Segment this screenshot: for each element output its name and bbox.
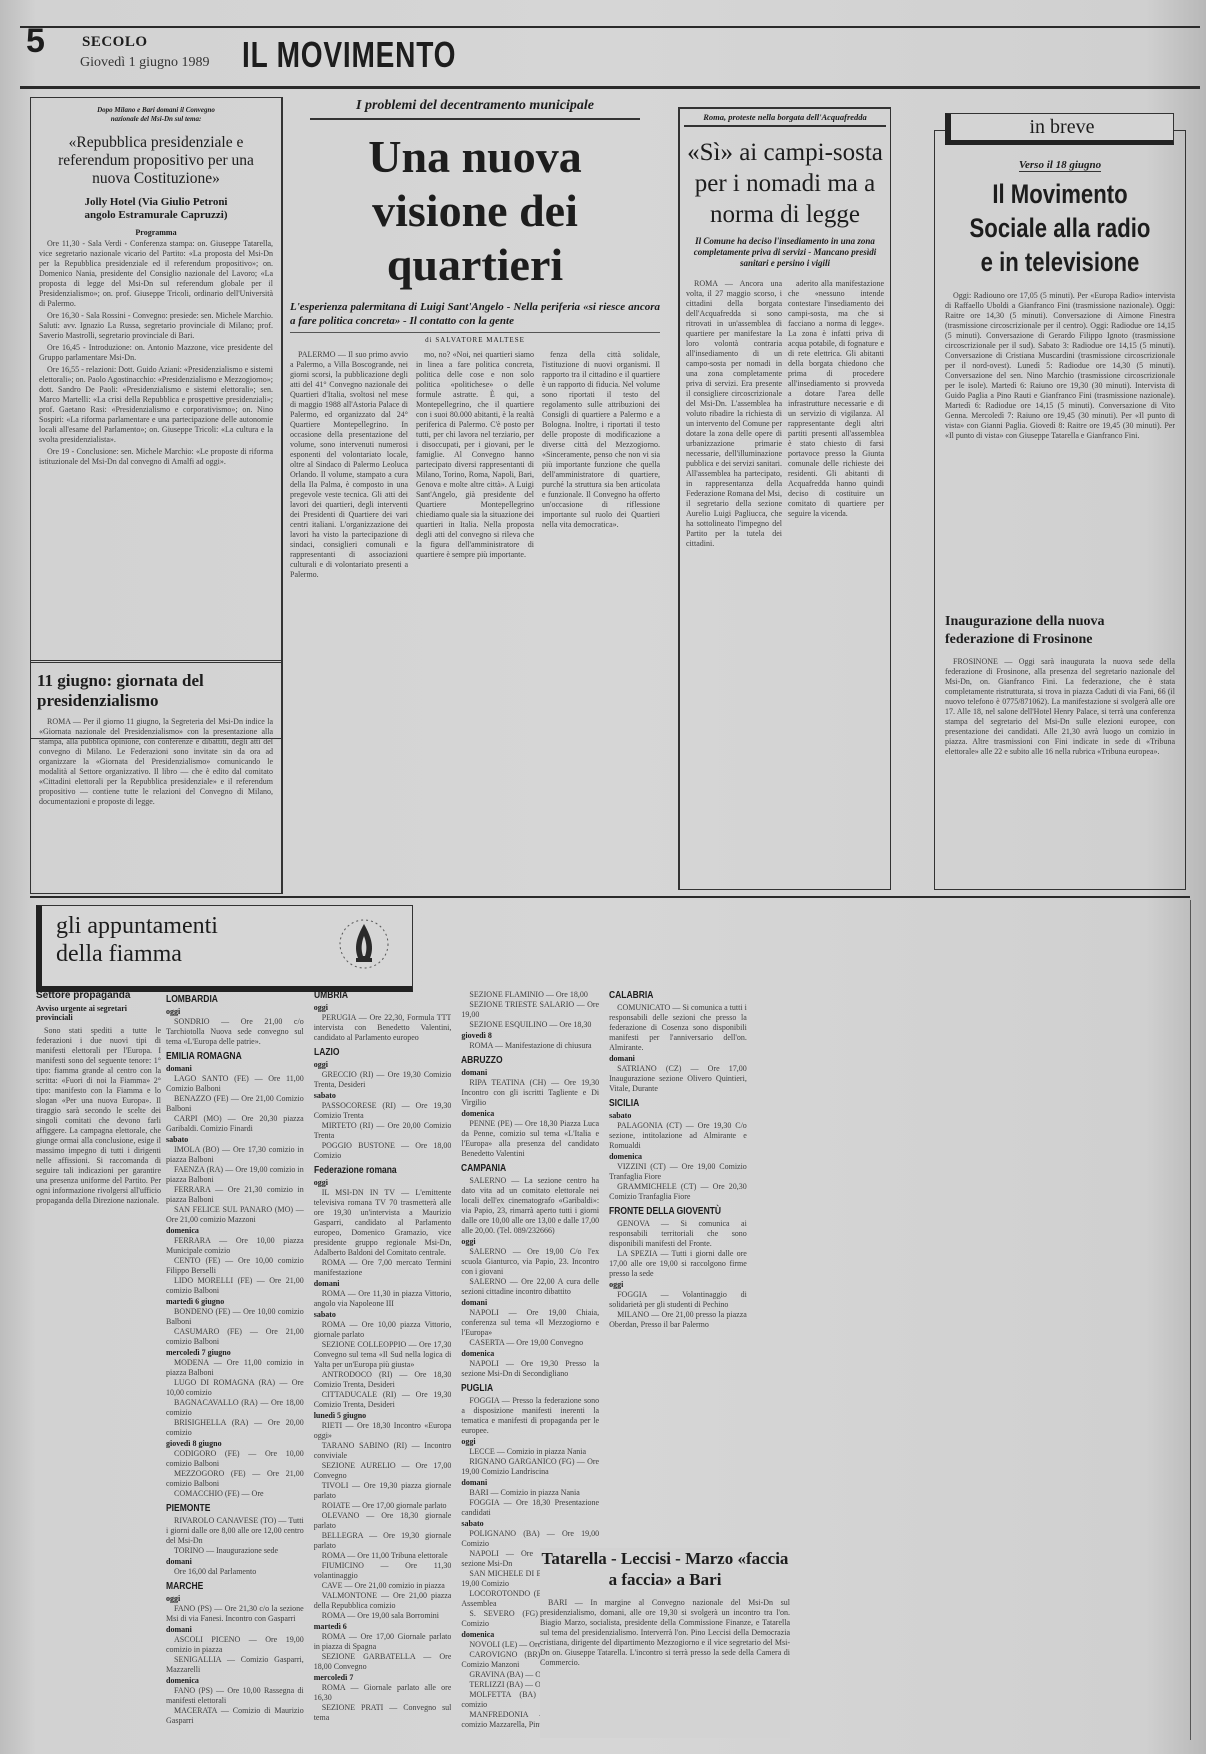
listing-entry: ROMA — Ore 7,00 mercato Termini manifest… <box>314 1258 452 1278</box>
listing-entry: RIVAROLO CANAVESE (TO) — Tutti i giorni … <box>166 1516 304 1546</box>
day-label: domani <box>461 1068 599 1077</box>
listing-entry: CASERTA — Ore 19,00 Convegno <box>461 1338 599 1348</box>
region-heading: LAZIO <box>314 1047 431 1058</box>
listing-entry: GENOVA — Si comunica ai responsabili ter… <box>609 1219 747 1249</box>
day-label: sabato <box>166 1135 304 1144</box>
appuntamenti-header: gli appuntamenti della fiamma <box>36 905 413 992</box>
listing-entry: ROMA — Manifestazione di chiusura <box>461 1041 599 1051</box>
program-item: Ore 16,55 - relazioni: Dott. Guido Azian… <box>39 365 273 445</box>
listing-entry: ROMA — Ore 19,00 sala Borromini <box>314 1611 452 1621</box>
listing-entry: BAGNACAVALLO (RA) — Ore 18,00 comizio <box>166 1398 304 1418</box>
main-columns: PALERMO — Il suo primo avvio a Palermo, … <box>290 350 660 890</box>
main-column-3: fenza della città solidale, l'istituzion… <box>542 350 660 890</box>
listing-entry: MACERATA — Comizio di Maurizio Gasparri <box>166 1706 304 1726</box>
program-label: Programma <box>31 228 281 237</box>
listing-entry: FIUMICINO — Ore 11,30 volantinaggio <box>314 1561 452 1581</box>
region-heading: SICILIA <box>609 1098 726 1109</box>
listing-entry: SEZIONE FLAMINIO — Ore 18,00 <box>461 990 599 1000</box>
main-kicker: I problemi del decentramento municipale <box>310 98 640 120</box>
day-label: mercoledì 7 giugno <box>166 1348 304 1357</box>
section-title: IL MOVIMENTO <box>242 34 456 76</box>
day-label: domenica <box>166 1676 304 1685</box>
listing-entry: SAN FELICE SUL PANARO (MO) — Ore 21,00 c… <box>166 1205 304 1225</box>
day-label: domani <box>609 1054 747 1063</box>
region-heading: ABRUZZO <box>461 1055 578 1066</box>
appuntamenti-title: gli appuntamenti della fiamma <box>56 912 218 968</box>
nomadi-kicker: Roma, proteste nella borgata dell'Acquaf… <box>684 112 886 127</box>
in-breve-headline: Il Movimento Sociale alla radio e in tel… <box>961 177 1159 279</box>
listing-entry: BRISIGHELLA (RA) — Ore 20,00 comizio <box>166 1418 304 1438</box>
day-label: oggi <box>166 1007 304 1016</box>
main-byline: di SALVATORE MALTESE <box>290 332 660 344</box>
column-text: PALERMO — Il suo primo avvio a Palermo, … <box>290 350 408 580</box>
convegno-kicker: Dopo Milano e Bari domani il Convegno na… <box>91 106 221 124</box>
day-label: domani <box>314 1279 452 1288</box>
listing-entry: LA SPEZIA — Tutti i giorni dalle ore 17,… <box>609 1249 747 1279</box>
region-heading: EMILIA ROMAGNA <box>166 1051 283 1062</box>
listing-entry: SALERNO — Ore 19,00 C/o l'ex scuola Gian… <box>461 1247 599 1277</box>
listing-entry: TORINO — Inaugurazione sede <box>166 1546 304 1556</box>
presidenzialismo-headline: 11 giugno: giornata del presidenzialismo <box>37 671 275 711</box>
region-heading: Federazione romana <box>314 1165 431 1176</box>
day-label: oggi <box>461 1437 599 1446</box>
listing-entry: TIVOLI — Ore 19,30 piazza giornale parla… <box>314 1481 452 1501</box>
listing-entry: LUGO DI ROMAGNA (RA) — Ore 10,00 comizio <box>166 1378 304 1398</box>
newspaper-name: SECOLO <box>82 34 148 51</box>
listing-entry: LECCE — Comizio in piazza Nania <box>461 1447 599 1457</box>
day-label: oggi <box>314 1003 452 1012</box>
listing-entry: ROMA — Ore 11,00 Tribuna elettorale <box>314 1551 452 1561</box>
convegno-title: «Repubblica presidenziale e referendum p… <box>39 134 273 188</box>
listing-entry: SEZIONE PRATI — Convegno sul tema <box>314 1703 452 1723</box>
appuntamenti-title-line2: della fiamma <box>56 940 218 968</box>
day-label: domani <box>461 1478 599 1487</box>
day-label: giovedì 8 <box>461 1031 599 1040</box>
listing-entry: BARI — Comizio in piazza Nania <box>461 1488 599 1498</box>
listing-entry: FERRARA — Ore 10,00 piazza Municipale co… <box>166 1236 304 1256</box>
in-breve-box: in breve Verso il 18 giugno Il Movimento… <box>934 130 1186 890</box>
column-text: aderito alla manifestazione che «nessuno… <box>788 279 884 519</box>
day-label: domenica <box>166 1226 304 1235</box>
right-edge-rule <box>1190 900 1191 1740</box>
day-label: oggi <box>314 1060 452 1069</box>
listing-entry: FOGGIA — Volantinaggio di solidarietà pe… <box>609 1290 747 1310</box>
day-label: sabato <box>314 1091 452 1100</box>
program-item: Ore 19 - Conclusione: sen. Michele March… <box>39 447 273 467</box>
day-label: oggi <box>166 1594 304 1603</box>
day-label: martedì 6 <box>314 1622 452 1631</box>
listing-entry: CODIGORO (FE) — Ore 10,00 comizio Balbon… <box>166 1449 304 1469</box>
program-list: Ore 11,30 - Sala Verdi - Conferenza stam… <box>39 239 273 599</box>
program-item: Ore 16,30 - Sala Rossini - Convegno: pre… <box>39 311 273 341</box>
presidenzialismo-body: ROMA — Per il giorno 11 giugno, la Segre… <box>39 717 273 887</box>
nomadi-headline: «Sì» ai campi-sosta per i nomadi ma a no… <box>684 137 886 230</box>
listing-entry: TARANO SABINO (RI) — Incontro conviviale <box>314 1441 452 1461</box>
listing-entry: SATRIANO (CZ) — Ore 17,00 Inaugurazione … <box>609 1064 747 1094</box>
appuntamenti-title-line1: gli appuntamenti <box>56 912 218 940</box>
listing-entry: PASSOCORESE (RI) — Ore 19,30 Comizio Tre… <box>314 1101 452 1121</box>
day-label: domenica <box>461 1109 599 1118</box>
in-breve-text: Oggi: Radiouno ore 17,05 (5 minuti). Per… <box>945 291 1175 441</box>
day-label: domani <box>166 1625 304 1634</box>
listing-entry: PERUGIA — Ore 22,30, Formula TTT intervi… <box>314 1013 452 1043</box>
region-heading: PIEMONTE <box>166 1503 283 1514</box>
main-article: I problemi del decentramento municipale … <box>290 98 660 888</box>
listing-entry: FANO (PS) — Ore 10,00 Rassegna di manife… <box>166 1686 304 1706</box>
nomadi-column-1: ROMA — Ancora una volta, il 27 maggio sc… <box>686 279 782 839</box>
listing-entry: FOGGIA — Presso la federazione sono a di… <box>461 1396 599 1436</box>
listing-entry: IL MSI-DN IN TV — L'emittente televisiva… <box>314 1188 452 1258</box>
listing-entry: SENIGALLIA — Comizio Gasparri, Mazzarell… <box>166 1655 304 1675</box>
listing-entry: FERRARA — Ore 21,30 comizio in piazza Ba… <box>166 1185 304 1205</box>
listing-entry: ROMA — Ore 17,00 Giornale parlato in pia… <box>314 1632 452 1652</box>
listing-entry: IMOLA (BO) — Ore 17,30 comizio in piazza… <box>166 1145 304 1165</box>
listing-entry: PENNE (PE) — Ore 18,30 Piazza Luca da Pe… <box>461 1119 599 1159</box>
listing-entry: CITTADUCALE (RI) — Ore 19,30 Comizio Tre… <box>314 1390 452 1410</box>
frosinone-body: FROSINONE — Oggi sarà inaugurata la nuov… <box>945 657 1175 817</box>
listing-entry: SEZIONE TRIESTE SALARIO — Ore 19,00 <box>461 1000 599 1020</box>
convegno-box: Dopo Milano e Bari domani il Convegno na… <box>30 97 283 739</box>
page-number: 5 <box>26 22 45 61</box>
listing-entry: MIRTETO (RI) — Ore 20,00 Comizio Trenta <box>314 1121 452 1141</box>
day-label: domenica <box>609 1152 747 1161</box>
listing-entry: LAGO SANTO (FE) — Ore 11,00 Comizio Balb… <box>166 1074 304 1094</box>
newspaper-page: 5 SECOLO Giovedì 1 giugno 1989 IL MOVIME… <box>0 0 1206 1754</box>
day-label: oggi <box>461 1237 599 1246</box>
program-item: Ore 16,45 - Introduzione: on. Antonio Ma… <box>39 343 273 363</box>
listing-entry: GRAMMICHELE (CT) — Ore 20,30 Comizio Tra… <box>609 1182 747 1202</box>
listing-entry: FANO (PS) — Ore 21,30 c/o la sezione Msi… <box>166 1604 304 1624</box>
in-breve-kicker-text: Verso il 18 giugno <box>1019 159 1101 172</box>
listing-entry: COMACCHIO (FE) — Ore <box>166 1489 304 1499</box>
bari-body: BARI — In margine al Convegno nazionale … <box>540 1598 790 1738</box>
day-label: oggi <box>314 1178 452 1187</box>
listing-entry: RIETI — Ore 18,30 Incontro «Europa oggi» <box>314 1421 452 1441</box>
nomadi-article: Roma, proteste nella borgata dell'Acquaf… <box>678 107 891 890</box>
program-item: Ore 11,30 - Sala Verdi - Conferenza stam… <box>39 239 273 309</box>
day-label: sabato <box>609 1111 747 1120</box>
listing-entry: RIGNANO GARGANICO (FG) — Ore 19,00 Comiz… <box>461 1457 599 1477</box>
day-label: giovedì 8 giugno <box>166 1439 304 1448</box>
nomadi-subhead: Il Comune ha deciso l'insediamento in un… <box>686 236 884 269</box>
day-label: mercoledì 7 <box>314 1673 452 1682</box>
listing-entry: BENAZZO (FE) — Ore 21,00 Comizio Balboni <box>166 1094 304 1114</box>
listing-entry: MODENA — Ore 11,00 comizio in piazza Bal… <box>166 1358 304 1378</box>
flame-emblem-icon <box>336 914 392 974</box>
region-heading: FRONTE DELLA GIOVENTÙ <box>609 1206 726 1217</box>
settore-text: Sono stati spediti a tutte le federazion… <box>36 1026 161 1206</box>
listing-entry: ROMA — Giornale parlato alle ore 16,30 <box>314 1683 452 1703</box>
day-label: domani <box>461 1298 599 1307</box>
region-heading: LOMBARDIA <box>166 994 283 1005</box>
nomadi-column-2: aderito alla manifestazione che «nessuno… <box>788 279 884 839</box>
listing-entry: POGGIO BUSTONE — Ore 18,00 Comizio <box>314 1141 452 1161</box>
bari-text: BARI — In margine al Convegno nazionale … <box>540 1598 790 1668</box>
listing-entry: SEZIONE GARBATELLA — Ore 18,00 Convegno <box>314 1652 452 1672</box>
region-heading: PUGLIA <box>461 1383 578 1394</box>
in-breve-label: in breve <box>945 113 1174 145</box>
listing-entry: SEZIONE ESQUILINO — Ore 18,30 <box>461 1020 599 1030</box>
masthead-top-rule <box>20 26 1200 28</box>
listing-entry: RIPA TEATINA (CH) — Ore 19,30 Incontro c… <box>461 1078 599 1108</box>
frosinone-headline: Inaugurazione della nuova federazione di… <box>945 613 1175 649</box>
main-subhead: L'esperienza palermitana di Luigi Sant'A… <box>290 300 660 328</box>
day-label: sabato <box>461 1519 599 1528</box>
listing-entry: POLIGNANO (BA) — Ore 19,00 Comizio <box>461 1529 599 1549</box>
main-headline: Una nuova visione dei quartieri <box>290 130 660 292</box>
settore-body: Sono stati spediti a tutte le federazion… <box>36 1026 161 1526</box>
listing-entry: GRECCIO (RI) — Ore 19,30 Comizio Trenta,… <box>314 1070 452 1090</box>
listing-entry: PALAGONIA (CT) — Ore 19,30 C/o sezione, … <box>609 1121 747 1151</box>
listing-entry: COMUNICATO — Si comunica a tutti i respo… <box>609 1003 747 1053</box>
listing-entry: ASCOLI PICENO — Ore 19,00 comizio in pia… <box>166 1635 304 1655</box>
column-text: mo, no? «Noi, nei quartieri siamo in lin… <box>416 350 534 560</box>
listing-entry: ROMA — Ore 11,30 in piazza Vittorio, ang… <box>314 1289 452 1309</box>
settore-subtitle: Avviso urgente ai segretari provinciali <box>36 1004 161 1022</box>
listing-entry: BELLEGRA — Ore 19,30 giornale parlato <box>314 1531 452 1551</box>
listing-entry: ROMA — Ore 10,00 piazza Vittorio, giorna… <box>314 1320 452 1340</box>
region-heading: MARCHE <box>166 1581 283 1592</box>
listing-entry: VALMONTONE — Ore 21,00 piazza della Repu… <box>314 1591 452 1611</box>
column-text: ROMA — Ancora una volta, il 27 maggio sc… <box>686 279 782 549</box>
settore-title: Settore propaganda <box>36 990 161 1001</box>
main-column-1: PALERMO — Il suo primo avvio a Palermo, … <box>290 350 408 890</box>
listing-entry: NAPOLI — Ore 19,30 Presso la sezione Msi… <box>461 1359 599 1379</box>
listing-entry: CASUMARO (FE) — Ore 21,00 comizio Balbon… <box>166 1327 304 1347</box>
day-label: oggi <box>609 1280 747 1289</box>
listing-entry: OLEVANO — Ore 18,30 giornale parlato <box>314 1511 452 1531</box>
listing-entry: ROIATE — Ore 17,00 giornale parlato <box>314 1501 452 1511</box>
region-heading: CALABRIA <box>609 990 726 1001</box>
region-heading: CAMPANIA <box>461 1163 578 1174</box>
day-label: domani <box>166 1064 304 1073</box>
listing-entry: BONDENO (FE) — Ore 10,00 comizio Balboni <box>166 1307 304 1327</box>
region-heading: UMBRIA <box>314 990 431 1001</box>
issue-date: Giovedì 1 giugno 1989 <box>80 55 210 71</box>
day-label: martedì 6 giugno <box>166 1297 304 1306</box>
presidenzialismo-text: ROMA — Per il giorno 11 giugno, la Segre… <box>39 717 273 807</box>
frosinone-text: FROSINONE — Oggi sarà inaugurata la nuov… <box>945 657 1175 757</box>
column-text: fenza della città solidale, l'istituzion… <box>542 350 660 530</box>
in-breve-body: Oggi: Radiouno ore 17,05 (5 minuti). Per… <box>945 291 1175 591</box>
main-column-2: mo, no? «Noi, nei quartieri siamo in lin… <box>416 350 534 890</box>
listing-entry: FAENZA (RA) — Ore 19,00 comizio in piazz… <box>166 1165 304 1185</box>
listing-entry: VIZZINI (CT) — Ore 19,00 Comizio Tranfag… <box>609 1162 747 1182</box>
bari-headline: Tatarella - Leccisi - Marzo «faccia a fa… <box>540 1548 790 1590</box>
listing-entry: Ore 16,00 dal Parlamento <box>166 1567 304 1577</box>
listing-entry: CARPI (MO) — Ore 20,30 piazza Garibaldi.… <box>166 1114 304 1134</box>
bari-article: Tatarella - Leccisi - Marzo «faccia a fa… <box>540 1548 790 1738</box>
listing-entry: CENTO (FE) — Ore 10,00 comizio Filippo B… <box>166 1256 304 1276</box>
listing-entry: CAVE — Ore 21,00 comizio in piazza <box>314 1581 452 1591</box>
listing-entry: LIDO MORELLI (FE) — Ore 21,00 comizio Ba… <box>166 1276 304 1296</box>
listing-entry: SEZIONE COLLEOPPIO — Ore 17,30 Convegno … <box>314 1340 452 1370</box>
listing-entry: MILANO — Ore 21,00 presso la piazza Ober… <box>609 1310 747 1330</box>
day-label: lunedì 5 giugno <box>314 1411 452 1420</box>
masthead-bottom-rule <box>20 86 1200 89</box>
day-label: domani <box>166 1557 304 1566</box>
listing-entry: FOGGIA — Ore 18,30 Presentazione candida… <box>461 1498 599 1518</box>
listing-entry: SALERNO — La sezione centro ha dato vita… <box>461 1176 599 1236</box>
settore-propaganda: Settore propaganda Avviso urgente ai seg… <box>36 990 161 1730</box>
listing-entry: ANTRODOCO (RI) — Ore 18,30 Comizio Trent… <box>314 1370 452 1390</box>
listing-entry: NAPOLI — Ore 19,00 Chiaia, conferenza su… <box>461 1308 599 1338</box>
day-label: sabato <box>314 1310 452 1319</box>
listing-entry: SONDRIO — Ore 21,00 c/o Tarchiotolla Nuo… <box>166 1017 304 1047</box>
listing-entry: SEZIONE AURELIO — Ore 17,00 Convegno <box>314 1461 452 1481</box>
convegno-venue: Jolly Hotel (Via Giulio Petroni angolo E… <box>71 196 241 222</box>
nomadi-columns: ROMA — Ancora una volta, il 27 maggio sc… <box>686 279 884 839</box>
listing-entry: MEZZOGORO (FE) — Ore 21,00 comizio Balbo… <box>166 1469 304 1489</box>
listing-entry: SALERNO — Ore 22,00 A cura delle sezioni… <box>461 1277 599 1297</box>
presidenzialismo-box: 11 giugno: giornata del presidenzialismo… <box>30 660 283 894</box>
day-label: domenica <box>461 1349 599 1358</box>
section-divider <box>30 896 1190 898</box>
in-breve-kicker: Verso il 18 giugno <box>935 159 1185 171</box>
